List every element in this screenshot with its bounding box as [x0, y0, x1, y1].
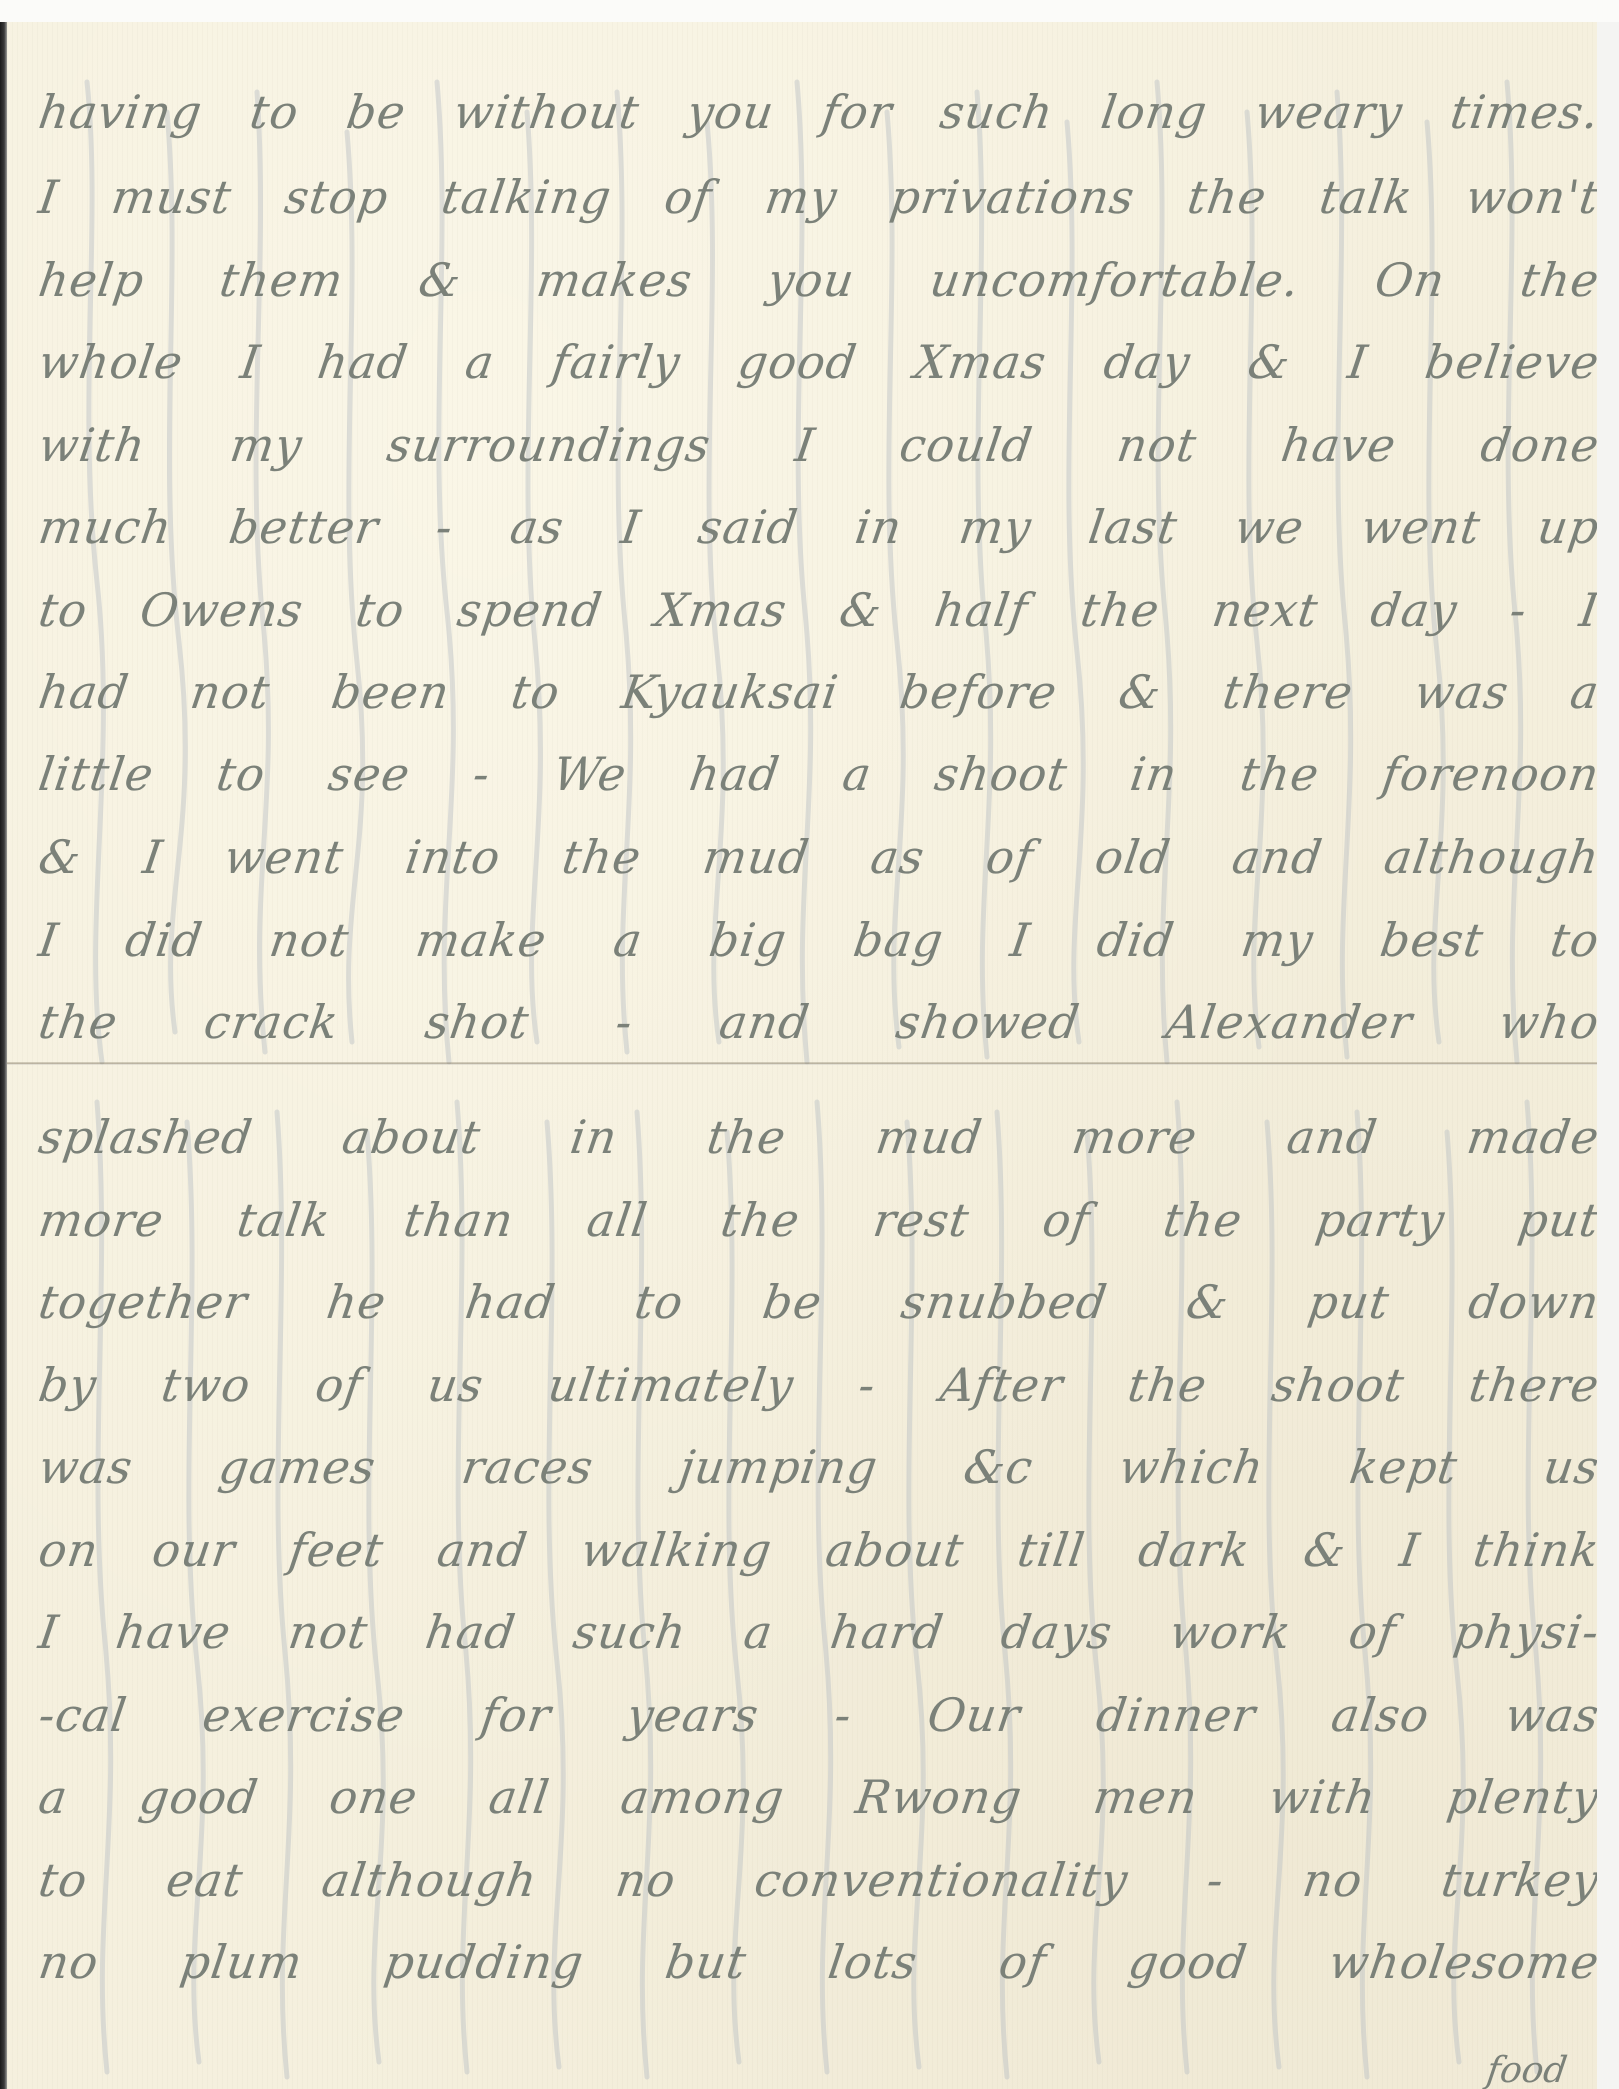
text-line: whole I had a fairly good Xmas day & I b… [35, 332, 1597, 392]
text-line: -cal exercise for years - Our dinner als… [35, 1685, 1597, 1745]
text-line: I must stop talking of my privations the… [35, 167, 1597, 227]
scanned-letter-page: having to be without you for such long w… [0, 0, 1619, 2089]
text-line: & I went into the mud as of old and alth… [35, 827, 1597, 887]
scanner-right-margin [1597, 22, 1619, 2089]
text-line: more talk than all the rest of the party… [35, 1190, 1597, 1250]
handwritten-text-body: having to be without you for such long w… [7, 22, 1597, 2089]
scanner-edge-shadow [0, 22, 7, 2089]
text-line: splashed about in the mud more and made [35, 1107, 1597, 1167]
text-line: by two of us ultimately - After the shoo… [35, 1355, 1597, 1415]
text-line: no plum pudding but lots of good wholeso… [35, 1932, 1597, 1992]
text-line: to Owens to spend Xmas & half the next d… [35, 580, 1597, 640]
text-line: little to see - We had a shoot in the fo… [35, 744, 1597, 804]
text-line: together he had to be snubbed & put down [35, 1272, 1597, 1332]
text-line: had not been to Kyauksai before & there … [35, 662, 1597, 722]
text-line: a good one all among Rwong men with plen… [35, 1767, 1597, 1827]
text-line: the crack shot - and showed Alexander wh… [35, 992, 1597, 1052]
text-line: having to be without you for such long w… [35, 82, 1597, 142]
text-line: I have not had such a hard days work of … [35, 1602, 1597, 1662]
text-line: to eat although no conventionality - no … [35, 1850, 1597, 1910]
text-line: I did not make a big bag I did my best t… [35, 910, 1597, 970]
text-line: much better - as I said in my last we we… [35, 497, 1597, 557]
catchword: food [1484, 2050, 1569, 2089]
text-line: help them & makes you uncomfortable. On … [35, 250, 1597, 310]
text-line: with my surroundings I could not have do… [35, 415, 1597, 475]
letter-paper: having to be without you for such long w… [7, 22, 1597, 2089]
text-line: on our feet and walking about till dark … [35, 1520, 1597, 1580]
text-line: was games races jumping &c which kept us [35, 1437, 1597, 1497]
